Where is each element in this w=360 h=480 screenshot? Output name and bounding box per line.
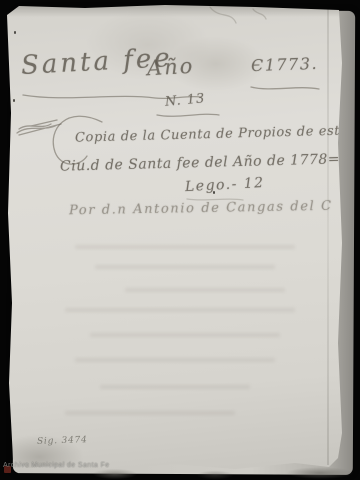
header-year-value: Є1773. (251, 54, 319, 75)
page-crease (327, 7, 329, 465)
header-year-label: Año (146, 54, 195, 80)
manuscript-page: Santa fee Año Є1773. N. 13 Copia de la C… (5, 3, 345, 471)
title-line-2: Ciu.d de Santa fee del Año de 1778= (60, 151, 340, 174)
manuscript-scan: Santa fee Año Є1773. N. 13 Copia de la C… (0, 0, 360, 480)
top-edge-stroke (210, 7, 266, 23)
ink-speck (13, 99, 15, 102)
title-line-1: Copia de la Cuenta de Propios de esta (75, 123, 349, 145)
flourish-underline-right (251, 87, 319, 89)
file-number: N. 13 (164, 91, 206, 109)
bleedthrough-line (75, 245, 295, 249)
attribution-line: Por d.n Antonio de Cangas del C (69, 199, 333, 219)
bleedthrough-line (95, 265, 275, 269)
bleedthrough-line (100, 385, 250, 389)
pencil-shelfmark: Sig. 3474 (37, 435, 88, 447)
bundle-note: Lego.- 12 (185, 175, 265, 195)
ink-speck (14, 31, 16, 34)
number-underline (157, 114, 219, 116)
bleedthrough-line (90, 333, 280, 337)
bleedthrough-line (65, 308, 295, 312)
bleedthrough-line (125, 288, 285, 292)
bleedthrough-line (75, 358, 275, 362)
paraph-squiggle (17, 120, 61, 135)
archive-watermark-label: Archivo Municipal de Santa Fe (3, 462, 110, 469)
ink-speck (213, 191, 215, 194)
bleedthrough-line (65, 411, 235, 415)
